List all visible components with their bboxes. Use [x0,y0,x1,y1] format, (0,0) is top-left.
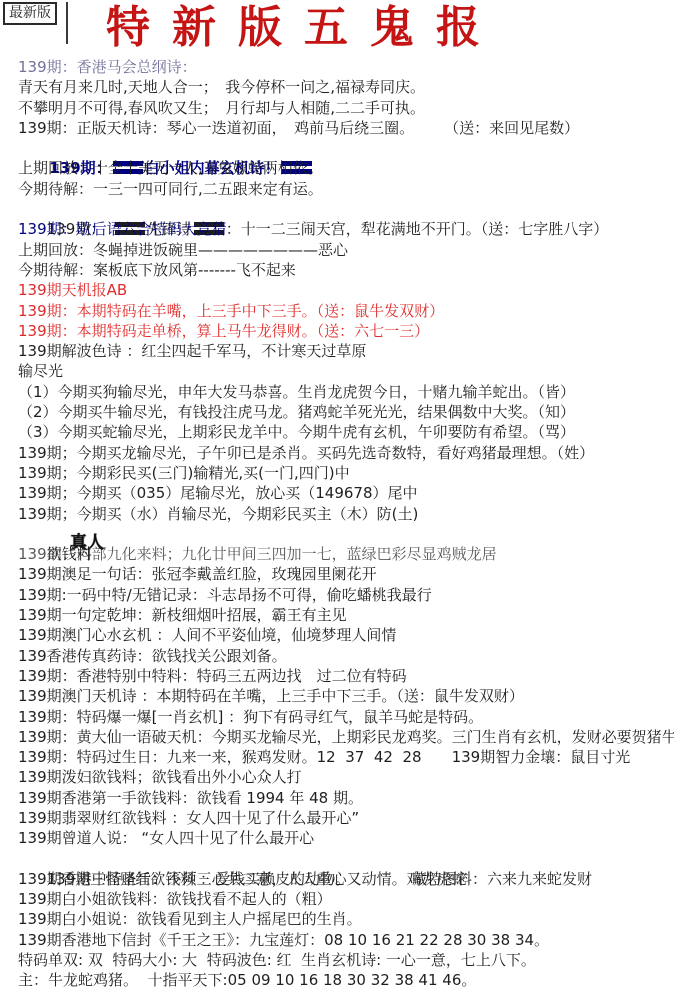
pioneer-poem-line: 139期： 先锋诗：十一二三闹天宫，犁花满地不开门。（送：七字胜八字） [18,199,674,219]
tianjibao-tip-line: 139期：本期特码走单桥，算上马牛龙得财。（送：六七一三） [18,321,674,341]
document-body: 139期：香港马会总纲诗： 青天有月来几时,天地人合一； 我今停杯一问之,福禄寿… [0,57,674,991]
macau-tianji-poem: 139期澳门天机诗 ：本期特码在羊嘴，上三手中下三手。（送：鼠牛发双财） [18,686,674,706]
shujinguang-section-title: 输尽光 [18,361,674,381]
handwritten-overlap-text: 真人 [70,533,104,553]
one-code-record: 139期:一码中特/无错记录：斗志昂扬不可得，偷吃蟠桃我最行 [18,585,674,605]
shujinguang-item: （1）今期买狗输尽光，申年大发马恭喜。生肖龙虎贺今日，十赌九输羊蛇出。（皆） [18,382,674,402]
baixiaojie-quote: 139期白小姐说：欲钱看见到主人户摇尾巴的生肖。 [18,909,674,929]
poem-line: 青天有月来几时,天地人合一； 我今停杯一问之,福禄寿同庆。 [18,77,674,97]
macau-one-sentence: 139期澳足一句话：张冠李戴盖红脸，玫瑰园里阑花开 [18,564,674,584]
hk-special-material: 139期：香港特别中特料：特码三五两边找 过二位有特码 [18,666,674,686]
internal-material-line: 139期：内部九化来料；九化廿甲间三四加一七，蓝绿巴彩尽显鸡贼龙居 [18,544,674,564]
hk-fax-poem: 139香港传真药诗：欲钱找关公跟刘备。 [18,646,674,666]
qiankun-sentence: 139期一句定乾坤：新枝细烟叶招展，霸王有主见 [18,605,674,625]
hk-jockey-club-poem-title: 139期：香港马会总纲诗： [18,57,674,77]
summary-odd-even-size-color: 特码单双: 双 特码大小: 大 特码波色: 红 生肖玄机诗: 一心一意，七上八下… [18,950,674,970]
last-period-review: 上期回放：十全十美无一人,玉兔嫁蛇两相依。 [18,158,674,178]
edition-badge: 最新版 [3,2,57,25]
baixiaojie-yuqian-line: 139期白小姐欲钱料：欲钱找看不起人的（粗） [18,889,674,909]
shujinguang-item: 139期；今期彩民买(三门)输精光,买(一门,四门)中 [18,463,674,483]
birthday-numbers-line: 139期：特码过生日：九来一来，猴鸡发财。12 37 42 28 139期智力金… [18,747,674,767]
zodiac-burst-line: 139期：特码爆一爆[一肖玄机] ：狗下有码寻红气，鼠羊马蛇是特码。 [18,707,674,727]
underground-envelope-numbers: 139期香港地下信封《千王之王》：九宝莲灯：08 10 16 21 22 28 … [18,930,674,950]
wongtaisin-line: 139期：黄大仙一语破天机：今期买龙输尽光，上期彩民龙鸡奖。三门生肖有玄机，发财… [18,727,674,747]
shujinguang-item: （3）今期买蛇输尽光，上期彩民龙羊中。今期牛虎有玄机，午卯要防有希望。（骂） [18,422,674,442]
header: 最新版 特新版五鬼报 [0,0,674,57]
current-period-riddle: 今期待解：案板底下放风第-------飞不起来 [18,260,674,280]
sanguai-yuqian-line: 139期三怪赌红欲钱料 ：爱钱买赖皮的动物。藏特图料：六来九来蛇发财 [18,849,674,869]
pioneer-poem-text: ：十一二三闹天宫，犁花满地不开门。（送：七字胜八字） [226,220,609,238]
summary-zodiac-numbers: 主：牛龙蛇鸡猪。 十指平天下:05 09 10 16 18 30 32 38 4… [18,970,674,990]
wave-color-poem: 139期解波色诗 ：红尘四起千军马，不计寒天过草原 [18,341,674,361]
five-ghosts-report-page: 最新版 特新版五鬼报 139期：香港马会总纲诗： 青天有月来几时,天地人合一； … [0,0,674,994]
page-title: 特新版五鬼报 [106,0,674,56]
tianjibao-ab-title: 139期天机报AB [18,280,674,300]
baixiaojie-headline: 139期：白小姐内幕玄机诗！ [18,138,674,158]
tianjibao-tip-line: 139期：本期特码在羊嘴，上三手中下三手。（送：鼠牛发双财） [18,301,674,321]
tianji-poem-line: 139期：正版天机诗：琴心一迭道初面， 鸡前马后绕三圈。 （送：来回见尾数） [18,118,674,138]
shujinguang-item: （2）今期买牛输尽光，有钱投注虎马龙。猪鸡蛇羊死光光，结果偶数中大奖。（知） [18,402,674,422]
shujinguang-item: 139期；今期买（035）尾输尽光，放心买（149678）尾中 [18,483,674,503]
shujinguang-item: 139期；今期买龙输尽光，子午卯已是杀肖。买码先选奇数特，看好鸡猪最理想。（姓） [18,443,674,463]
yuqianliao-section-title: 欲钱料 真人 [18,524,674,544]
macau-xinshui-line: 139期澳门心水玄机 ：人间不平姿仙境，仙境梦理人间情 [18,625,674,645]
last-period-review: 上期回放：冬蝇掉进饭碗里————————恶心 [18,240,674,260]
poem-line: 不攀明月不可得,春风吹又生； 月行却与人相随,二二手可执。 [18,98,674,118]
shujinguang-item: 139期；今期买（水）肖输尽光，今期彩民买主（木）防(土) [18,504,674,524]
first-hand-yuqian-line: 139期香港第一手欲钱料：欲钱看 1994 年 48 期。 [18,788,674,808]
current-period-riddle: 今期待解：一三一四可同行,二五跟来定有运。 [18,179,674,199]
feicui-yuqian-line: 139期翡翠财红欲钱料 ：女人四十见了什么最开心” [18,808,674,828]
yuqian-tip-line: 139期泼妇欲钱料；欲钱看出外小心众人打 [18,767,674,787]
zengdaoren-quote: 139期曾道人说： “女人四十见了什么最开心 [18,828,674,848]
